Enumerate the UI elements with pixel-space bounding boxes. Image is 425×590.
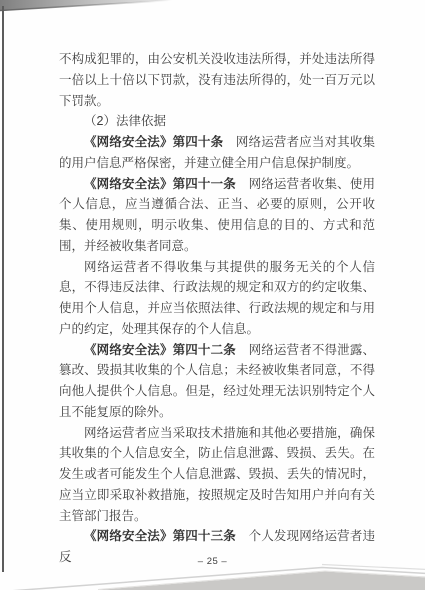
- paragraph-text: （2）法律依据: [84, 114, 166, 128]
- paragraph: 网络运营者不得收集与其提供的服务无关的个人信息，不得违反法律、行政法规的规定和双…: [59, 257, 375, 340]
- law-article-lead: 《网络安全法》第四十三条: [84, 529, 236, 543]
- spine-line: [2, 6, 4, 572]
- paragraph-text: 网络运营者不得收集与其提供的服务无关的个人信息，不得违反法律、行政法规的规定和双…: [59, 260, 375, 336]
- paragraph: 《网络安全法》第四十条 网络运营者应当对其收集的用户信息严格保密，并建立健全用户…: [59, 132, 375, 174]
- paragraph: 《网络安全法》第四十二条 网络运营者不得泄露、篡改、毁损其收集的个人信息；未经被…: [59, 340, 375, 423]
- paragraph: 《网络安全法》第四十一条 网络运营者收集、使用个人信息，应当遵循合法、正当、必要…: [59, 174, 375, 257]
- law-article-lead: 《网络安全法》第四十条: [84, 135, 223, 149]
- paragraph: 网络运营者应当采取技术措施和其他必要措施，确保其收集的个人信息安全，防止信息泄露…: [59, 423, 375, 527]
- law-article-lead: 《网络安全法》第四十一条: [84, 177, 236, 191]
- paragraph: （2）法律依据: [59, 111, 375, 132]
- body-text: 不构成犯罪的，由公安机关没收违法所得，并处违法所得一倍以上十倍以下罚款，没有违法…: [59, 49, 375, 568]
- paragraph: 不构成犯罪的，由公安机关没收违法所得，并处违法所得一倍以上十倍以下罚款，没有违法…: [59, 49, 375, 111]
- bottom-page-curl: [0, 552, 425, 590]
- law-article-lead: 《网络安全法》第四十二条: [84, 343, 236, 357]
- paragraph-text: 网络运营者应当采取技术措施和其他必要措施，确保其收集的个人信息安全，防止信息泄露…: [59, 426, 375, 523]
- paragraph-text: 不构成犯罪的，由公安机关没收违法所得，并处违法所得一倍以上十倍以下罚款，没有违法…: [59, 52, 375, 108]
- document-page: 不构成犯罪的，由公安机关没收违法所得，并处违法所得一倍以上十倍以下罚款，没有违法…: [0, 0, 425, 590]
- screenshot-root: { "document": { "paragraphs": [ { "lead"…: [0, 0, 425, 590]
- top-left-page-curl: [0, 0, 180, 14]
